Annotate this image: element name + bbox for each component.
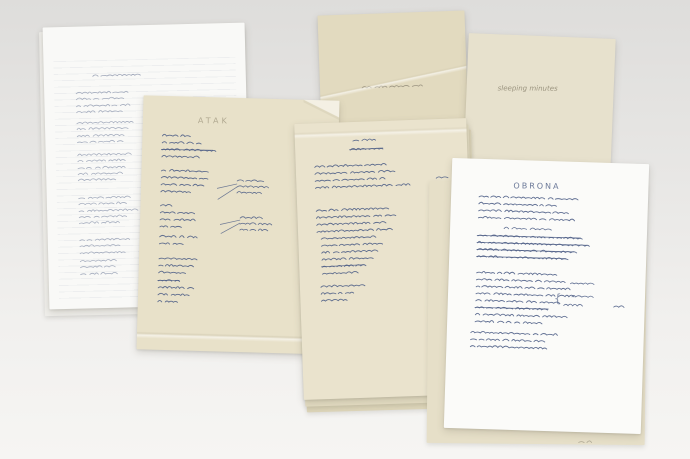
- handwriting-line: [81, 269, 115, 278]
- handwriting-line: [161, 188, 189, 197]
- handwriting-line: [478, 214, 572, 225]
- handwriting-line: [475, 318, 539, 328]
- handwriting-line: [79, 219, 121, 228]
- photograph-of-handwritten-manuscript-pages: sleeping minutesATAKOBRONA{: [0, 0, 690, 459]
- handwriting-line: [321, 296, 347, 305]
- struck-stanza: [477, 253, 567, 264]
- struck-subtitle: [350, 145, 384, 154]
- handwriting-line: [162, 153, 200, 162]
- margin-note: [572, 293, 591, 302]
- handwritten-title-scribble: [93, 71, 139, 80]
- annotation-connector-lines: [215, 175, 238, 204]
- obrona-title: OBRONA: [513, 182, 560, 191]
- handwritten-title-scribble: [353, 136, 375, 145]
- handwriting-line: [77, 137, 125, 146]
- annotation-connector-lines: [218, 213, 241, 238]
- manuscript-sleeping-minutes-sheet: sleeping minutes: [463, 33, 615, 177]
- handwriting-line: [77, 107, 123, 116]
- margin-note: [240, 226, 270, 235]
- margin-brace: {: [554, 292, 562, 304]
- margin-note: [237, 189, 263, 198]
- faint-handwritten-line: [362, 82, 421, 92]
- handwriting-line: [159, 240, 179, 249]
- handwriting-line: [80, 248, 124, 257]
- handwriting-line: [78, 176, 116, 185]
- atak-title: ATAK: [198, 117, 230, 125]
- margin-word: [614, 303, 625, 311]
- manuscript-obrona-white-sheet: OBRONA{: [444, 158, 649, 434]
- sleeping-minutes-title: sleeping minutes: [498, 85, 558, 92]
- pencil-mark: [579, 438, 593, 446]
- handwriting-line: [470, 343, 546, 353]
- margin-note: [564, 302, 582, 311]
- handwriting-line: [160, 223, 182, 232]
- handwriting-line: [322, 269, 358, 278]
- handwriting-line: [158, 298, 176, 306]
- margin-note: [570, 280, 590, 289]
